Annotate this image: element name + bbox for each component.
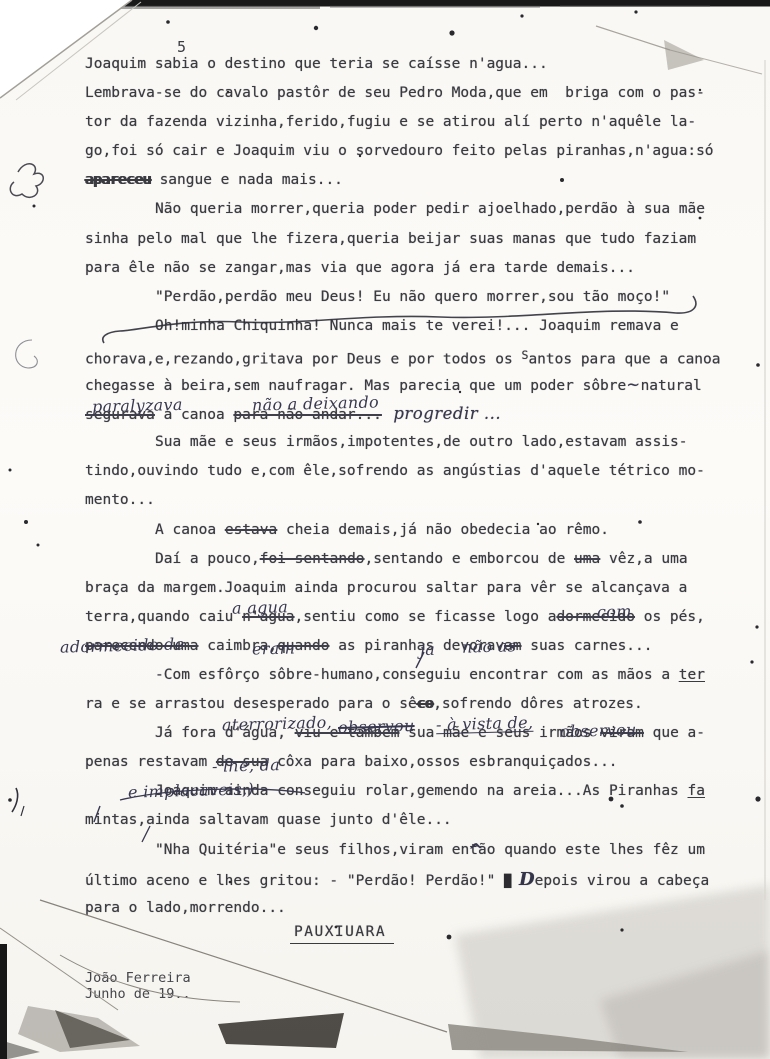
scanner-edge-top — [0, 0, 770, 9]
handwritten-note: não as — [462, 636, 517, 656]
typed-segment: -Com esfôrço sôbre-humano,conseguiu enco… — [155, 667, 679, 683]
typed-segment: co — [417, 696, 433, 712]
handwritten-note: e implacaveis,) — [128, 779, 254, 801]
typed-segment: suas carnes... — [522, 638, 653, 654]
typed-segment: mintas,ainda saltavam quase junto d'êle.… — [85, 812, 452, 828]
typed-segment: os pés, — [635, 609, 705, 625]
handwritten-note: com — [597, 602, 632, 622]
typed-line: braça da margem.Joaquim ainda procurou s… — [85, 574, 750, 603]
typed-segment: côxa para baixo,ossos esbranquiçados... — [268, 754, 617, 770]
typed-segment: que a- — [644, 725, 705, 741]
typed-line: A canoa estava cheia demais,já não obede… — [85, 516, 750, 545]
typed-segment: cheia demais,já não obedecia ao rêmo. — [277, 522, 609, 538]
typed-segment: ter — [679, 667, 705, 683]
typed-segment: ,sentando e emborcou de — [365, 551, 575, 567]
typed-line: sinha pelo mal que lhe fizera,queria bei… — [85, 225, 750, 254]
typed-segment — [510, 873, 519, 889]
typed-segment: penas restavam — [85, 754, 216, 770]
typed-segment: chorava,e,rezando,gritava por Deus e por… — [85, 351, 522, 367]
typed-line: mintas,ainda saltavam quase junto d'êle.… — [85, 806, 750, 835]
typed-segment: ra e se arrastou desesperado para o sê — [85, 696, 417, 712]
handwritten-note: observou — [338, 716, 415, 737]
typed-segment: Sua mãe e seus irmãos,impotentes,de outr… — [155, 434, 688, 450]
typed-line: chorava,e,rezando,gritava por Deus e por… — [85, 341, 750, 370]
typed-line: Oh!minha Chiquinha! Nunca mais te verei!… — [85, 312, 750, 341]
typed-line: Não queria morrer,queria poder pedir ajo… — [85, 195, 750, 224]
typed-segment: sangue e nada mais... — [151, 172, 343, 188]
typed-line: mento... — [85, 486, 750, 515]
footer-title: PAUXIUARA — [290, 924, 394, 944]
typed-segment: para êle não se zangar,mas via que agora… — [85, 260, 635, 276]
margin-ink-scribbles — [10, 164, 43, 816]
handwritten-note: observou — [560, 720, 637, 741]
typed-line: terra,quando caiu n'agua,sentiu como se … — [85, 603, 750, 632]
typed-line: apareceu sangue e nada mais... — [85, 166, 750, 195]
typed-segment: tindo,ouvindo tudo e,com êle,sofrendo as… — [85, 463, 705, 479]
typed-line: para êle não se zangar,mas via que agora… — [85, 254, 750, 283]
typed-line: último aceno e lhes gritou: - "Perdão! P… — [85, 865, 750, 894]
typed-segment: fa — [688, 783, 705, 799]
typed-segment: go,foi só cair e Joaquim viu o sorvedour… — [85, 143, 714, 159]
typed-segment: ,sentiu como se ficasse logo a — [295, 609, 557, 625]
typed-line: tindo,ouvindo tudo e,com êle,sofrendo as… — [85, 457, 750, 486]
typed-segment: chegasse à beira,sem naufragar. Mas pare… — [85, 378, 626, 394]
scanned-page: 5 Joaquim sabia o destino que teria se c… — [0, 0, 770, 1059]
handwritten-note: a agua — [232, 597, 289, 617]
signature-block: João FerreiraJunho de 19.. — [85, 970, 191, 1002]
typed-line: Joaquim sabia o destino que teria se caí… — [85, 50, 750, 79]
typed-segment: Lembrava-se do cavalo pastôr de seu Pedr… — [85, 85, 705, 101]
handwritten-note: ja — [420, 640, 436, 659]
typed-line: Sua mãe e seus irmãos,impotentes,de outr… — [85, 428, 750, 457]
handwritten-note: aterrorizado, — [222, 713, 332, 735]
typed-line: "Nha Quitéria"e seus filhos,viram então … — [85, 836, 750, 865]
typed-line: Já fora d'água, viu e tambem sua mãe e s… — [85, 719, 750, 748]
typed-segment: Não queria morrer,queria poder pedir ajo… — [155, 201, 705, 217]
typed-segment: ~ — [626, 375, 640, 394]
handwritten-note: - lhe, da — [212, 755, 281, 776]
typed-segment: apareceu — [85, 172, 151, 188]
typed-segment: terra,quando caiu — [85, 609, 242, 625]
typed-segment: uma — [574, 551, 600, 567]
typed-segment: A canoa — [155, 522, 225, 538]
typed-segment: epois virou a cabeça — [535, 873, 710, 889]
typed-line: para o lado,morrendo... — [85, 894, 750, 923]
typed-segment: "Perdão,perdão meu Deus! Eu não quero mo… — [155, 289, 670, 305]
typed-segment: tor da fazenda vizinha,ferido,fugiu e se… — [85, 114, 696, 130]
handwritten-note: paralyzava — [92, 395, 183, 416]
typed-line: ra e se arrastou desesperado para o sêco… — [85, 690, 750, 719]
typed-segment: Daí a pouco, — [155, 551, 260, 567]
handwritten-note: eram — [252, 638, 296, 658]
typed-segment: mento... — [85, 492, 155, 508]
handwritten-note: - à vista de, — [436, 713, 534, 735]
typed-segment: sinha pelo mal que lhe fizera,queria bei… — [85, 231, 696, 247]
typed-line: parecendo uma caimbra,quando as piranhas… — [85, 632, 750, 661]
typed-segment: natural — [641, 378, 702, 394]
signature-date: Junho de 19.. — [85, 986, 191, 1002]
typed-segment: progredir ... — [382, 404, 501, 423]
typed-segment: Joaquim sabia o destino que teria se caí… — [85, 56, 548, 72]
handwritten-note: não a deixando — [252, 392, 379, 414]
typed-segment: "Nha Quitéria"e seus filhos,viram então … — [155, 842, 705, 858]
typed-segment: para o lado,morrendo... — [85, 900, 286, 916]
typed-segment: último aceno e lhes gritou: - "Perdão! P… — [85, 873, 504, 889]
typed-line: -Com esfôrço sôbre-humano,conseguiu enco… — [85, 661, 750, 690]
typed-segment: estava — [225, 522, 277, 538]
typed-line: tor da fazenda vizinha,ferido,fugiu e se… — [85, 108, 750, 137]
typed-line: chegasse à beira,sem naufragar. Mas pare… — [85, 370, 750, 399]
typed-segment: braça da margem.Joaquim ainda procurou s… — [85, 580, 687, 596]
typed-line: Daí a pouco,foi sentando,sentando e embo… — [85, 545, 750, 574]
typed-segment: foi sentando — [260, 551, 365, 567]
typed-line: Lembrava-se do cavalo pastôr de seu Pedr… — [85, 79, 750, 108]
typed-line: "Perdão,perdão meu Deus! Eu não quero mo… — [85, 283, 750, 312]
typed-segment: D — [519, 869, 535, 890]
handwritten-note: ^ — [468, 840, 485, 862]
typed-segment: antos para que a canoa — [528, 351, 720, 367]
typed-line: go,foi só cair e Joaquim viu o sorvedour… — [85, 137, 750, 166]
typed-line: segurava a canoa para não andar... progr… — [85, 399, 750, 428]
typed-segment: vêz,a uma — [600, 551, 687, 567]
typed-line: penas restavam de sua côxa para baixo,os… — [85, 748, 750, 777]
typed-segment: ,sofrendo dôres atrozes. — [433, 696, 643, 712]
signature-author: João Ferreira — [85, 970, 191, 986]
handwritten-note: adormecido de — [60, 634, 185, 656]
typed-segment: Oh!minha Chiquinha! Nunca mais te verei!… — [155, 318, 679, 334]
